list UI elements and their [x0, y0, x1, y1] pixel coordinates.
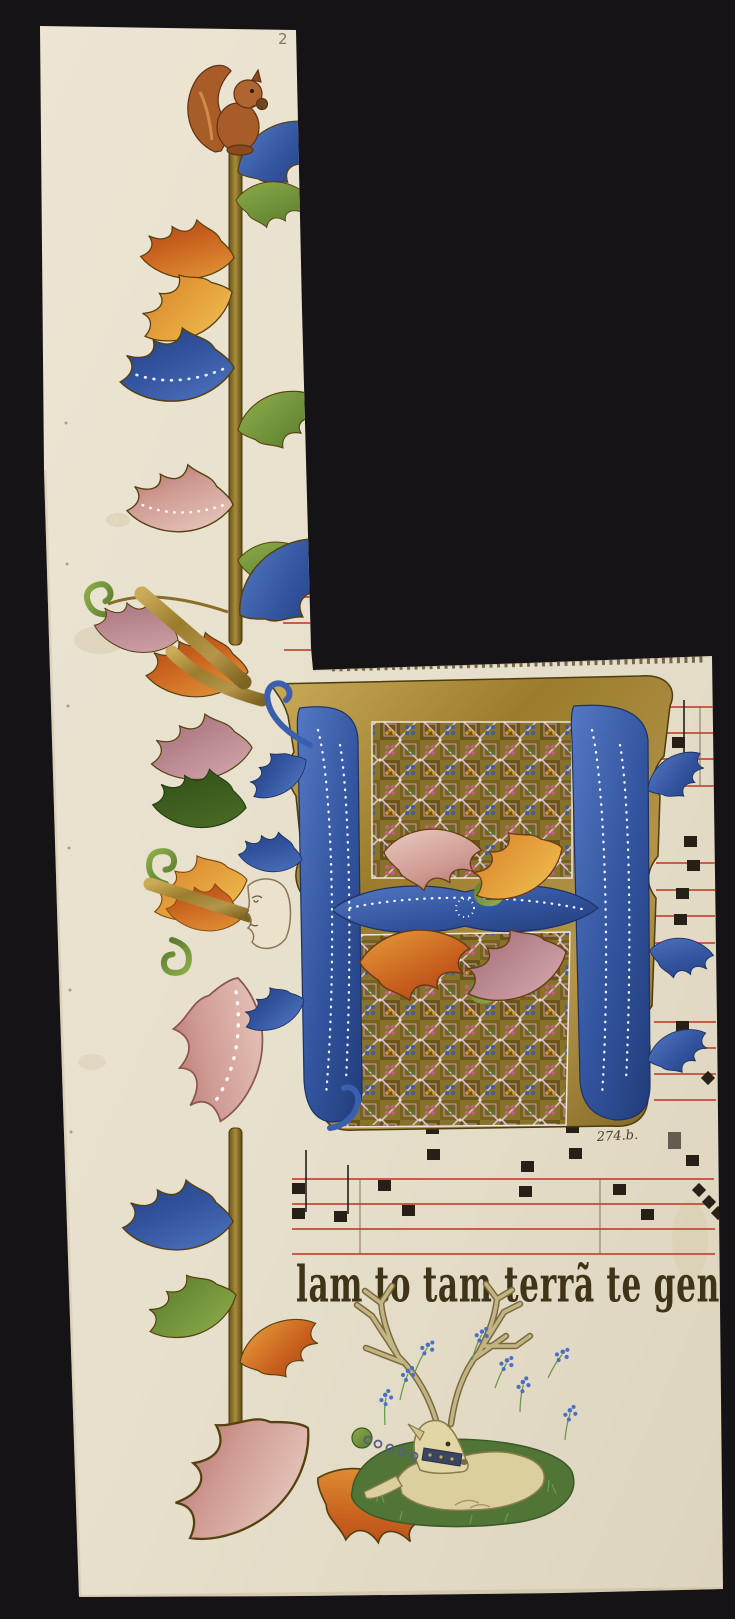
leaf-knob — [352, 1428, 372, 1448]
catalog-mark: 274.b. — [595, 1128, 638, 1145]
folio-number: 2 — [278, 30, 288, 48]
initial-crossbar — [332, 885, 598, 932]
squirrel-foot — [227, 145, 253, 155]
ink-smudge — [668, 1132, 681, 1149]
squirrel-body — [217, 103, 259, 151]
photograph-of-manuscript-cutting: lam to tam terrã te gen 2 274.b. — [0, 0, 735, 1619]
stag-eye — [446, 1442, 451, 1447]
manuscript-artwork: lam to tam terrã te gen 2 274.b. — [0, 0, 735, 1619]
squirrel-eye — [250, 89, 254, 93]
